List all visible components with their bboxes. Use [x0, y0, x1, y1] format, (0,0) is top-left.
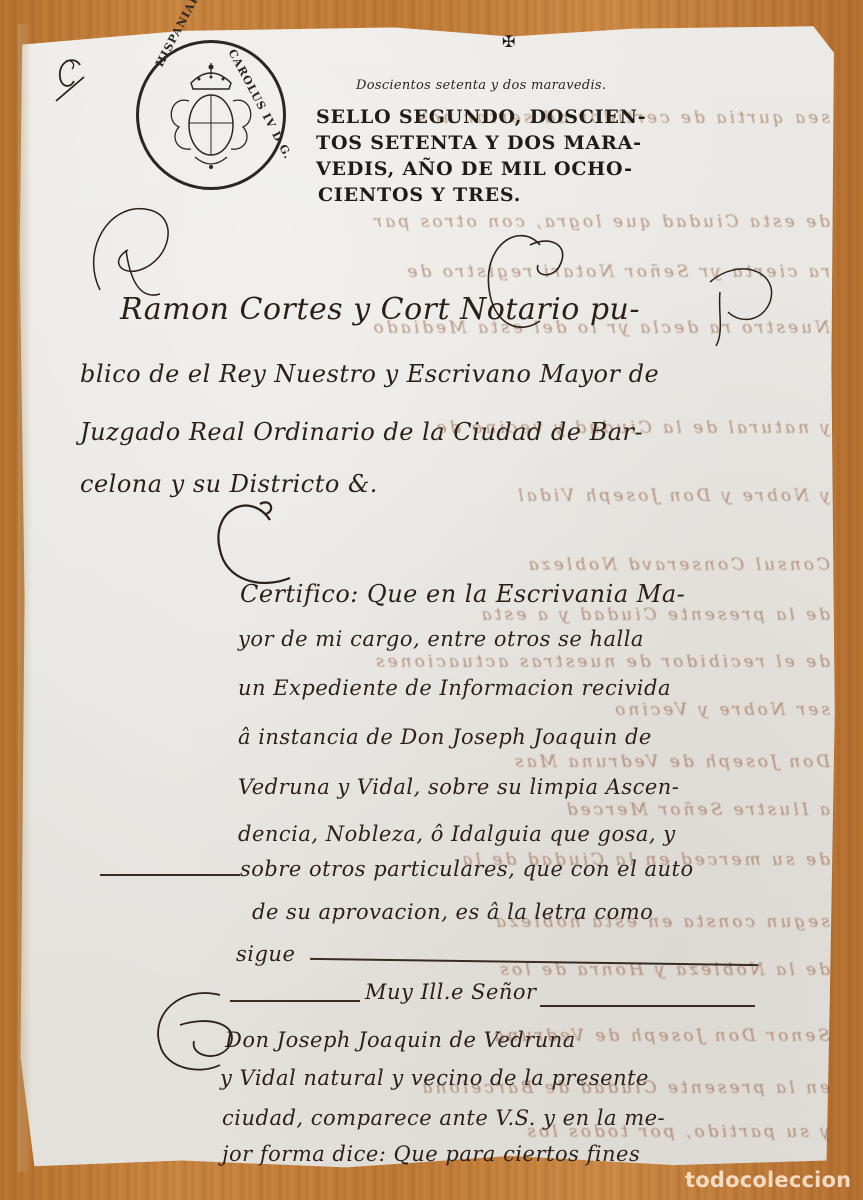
hand-intro-line: blico de el Rey Nuestro y Escrivano Mayo… [80, 360, 659, 388]
bleed-line: Consul Conseravd Nobleza [40, 555, 830, 575]
hand-body-line: de su aprovacion, es â la letra como [252, 900, 653, 924]
watermark-logo: todocoleccion [685, 1168, 851, 1192]
royal-seal-stamp: HISPANIARUM REX CAROLUS IV D.G. [136, 40, 286, 190]
line-filler-rule [540, 1005, 755, 1007]
hand-body-line: un Expediente de Informacion recivida [238, 676, 671, 700]
bleed-line: de la presente Ciudad y a esta [40, 605, 830, 625]
printed-stamp-header: SELLO SEGUNDO, DOSCIEN- TOS SETENTA Y DO… [316, 104, 756, 208]
printed-value-line: Doscientos setenta y dos maravedis. [356, 78, 606, 93]
hand-body-line: dencia, Nobleza, ô Idalguia que gosa, y [238, 822, 676, 846]
hand-body-line: â instancia de Don Joseph Joaquin de [238, 725, 652, 749]
hand-petition-line: Don Joseph Joaquin de Vedruna [225, 1028, 576, 1052]
hand-petition-line: y Vidal natural y vecino de la presente [220, 1066, 649, 1090]
hand-body-line: sigue [236, 942, 295, 966]
bleed-line: a Ilustre Señor Merced [40, 800, 830, 820]
hand-intro-line: Ramon Cortes y Cort Notario pu- [120, 292, 640, 327]
hand-body-line: Vedruna y Vidal, sobre su limpia Ascen- [238, 775, 679, 799]
hand-intro-line: celona y su Districto &. [80, 470, 378, 498]
bleed-line: ser Nobre y Vecino [40, 700, 830, 720]
hand-body-line: Certifico: Que en la Escrivania Ma- [240, 580, 685, 608]
line-filler-rule [230, 1000, 360, 1002]
cross-mark-icon: ✠ [502, 32, 515, 51]
printed-header-line: CIENTOS Y TRES. [316, 182, 756, 208]
bleed-line: Don Joseph de Vedruna Mas [40, 752, 830, 772]
hand-intro-line: Juzgado Real Ordinario de la Ciudad de B… [80, 418, 643, 446]
line-filler-rule [100, 874, 240, 876]
initial-flourish-c [460, 225, 590, 345]
hand-petition-line: ciudad, comparece ante V.S. y en la me- [222, 1106, 665, 1130]
folio-mark-icon [50, 55, 90, 105]
initial-flourish-p [680, 262, 790, 352]
salutation: Muy Ill.e Señor [365, 980, 537, 1004]
hand-body-line: yor de mi cargo, entre otros se halla [238, 627, 644, 651]
printed-header-line: TOS SETENTA Y DOS MARA- [316, 130, 756, 156]
hand-petition-line: jor forma dice: Que para ciertos fines [222, 1142, 640, 1166]
printed-header-line: VEDIS, AÑO DE MIL OCHO- [316, 156, 756, 182]
printed-header-line: SELLO SEGUNDO, DOSCIEN- [316, 104, 756, 130]
paper-edge-shadow [18, 24, 32, 1172]
hand-body-line: sobre otros particulares, que con el aut… [240, 857, 694, 881]
bleed-line: de el recibidor de nuestras actuaciones [40, 652, 830, 672]
